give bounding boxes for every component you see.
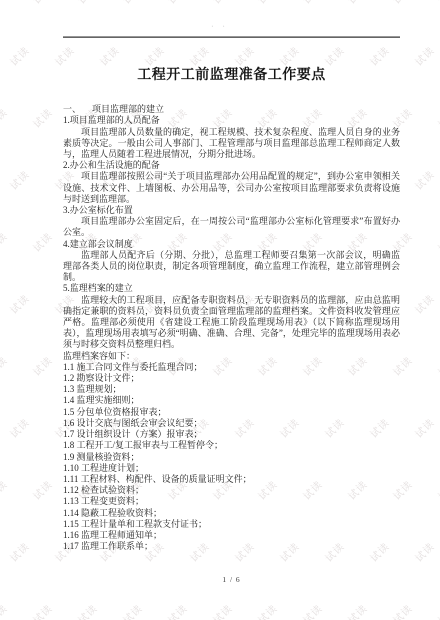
archive-list: 1.1 施工合同文件与委托监理合同； 1.2 勘察设计文件； 1.3 监理规划；…	[63, 362, 400, 552]
watermark-text: 试读	[254, 0, 280, 7]
watermark-text: 试读	[411, 538, 437, 564]
archive-item-1-1: 1.1 施工合同文件与委托监理合同；	[63, 362, 400, 373]
watermark-text: 试读	[6, 166, 32, 192]
watermark-text: 试读	[0, 104, 10, 130]
watermark-text: 试读	[119, 0, 145, 7]
document-content: 工程开工前监理准备工作要点 一、项目监理部的建立 1.项目监理部的人员配备 项目…	[63, 62, 400, 552]
archive-item-1-11: 1.11 工程材料、构配件、设备的质量证明文件；	[63, 474, 400, 485]
watermark-text: 试读	[29, 228, 55, 254]
watermark-text: 试读	[29, 600, 55, 620]
watermark-text: 试读	[434, 228, 440, 254]
archive-item-1-2: 1.2 勘察设计文件；	[63, 373, 400, 384]
document-page: 试读试读试读试读试读试读试读试读试读试读试读试读试读试读试读试读试读试读试读试读…	[0, 0, 440, 620]
archive-item-1-10: 1.10 工程进度计划；	[63, 463, 400, 474]
watermark-text: 试读	[74, 600, 100, 620]
item-1-body: 项目监理部人员数量的确定，视工程规模、技术复杂程度、监理人员自身的业务素质等决定…	[63, 127, 400, 161]
watermark-text: 试读	[6, 42, 32, 68]
header-dots: · ·	[0, 24, 440, 30]
watermark-text: 试读	[411, 42, 437, 68]
section-one-text: 项目监理部的建立	[92, 104, 164, 114]
archive-item-1-6: 1.6 设计交底与图纸会审会议纪要；	[63, 418, 400, 429]
watermark-text: 试读	[74, 0, 100, 7]
archive-item-1-15: 1.15 工程计量单和工程款支付证书；	[63, 519, 400, 530]
watermark-text: 试读	[411, 290, 437, 316]
watermark-text: 试读	[0, 0, 10, 7]
archive-intro: 监理档案容如下：	[63, 351, 400, 362]
watermark-text: 试读	[434, 600, 440, 620]
watermark-text: 试读	[164, 600, 190, 620]
page-number: 1 / 6	[63, 575, 400, 584]
watermark-text: 试读	[254, 600, 280, 620]
archive-item-1-4: 1.4 监理实施细则；	[63, 395, 400, 406]
archive-item-1-12: 1.12 检查试验资料；	[63, 485, 400, 496]
item-2-heading: 2.办公和生活设施的配备	[63, 160, 400, 171]
watermark-text: 试读	[29, 476, 55, 502]
item-3-heading: 3.办公室标化布置	[63, 205, 400, 216]
watermark-text: 试读	[411, 414, 437, 440]
archive-item-1-3: 1.3 监理规划；	[63, 384, 400, 395]
archive-item-1-7: 1.7 设计组织设计（方案）报审表；	[63, 429, 400, 440]
watermark-text: 试读	[411, 166, 437, 192]
watermark-text: 试读	[6, 290, 32, 316]
watermark-text: 试读	[434, 352, 440, 378]
item-2-body: 项目监理部按照公司“关于项目监理部办公用品配置的规定”，到办公室申领相关设施、技…	[63, 171, 400, 205]
watermark-text: 试读	[434, 476, 440, 502]
watermark-text: 试读	[434, 0, 440, 7]
watermark-text: 试读	[389, 600, 415, 620]
archive-item-1-17: 1.17 监理工作联系单；	[63, 541, 400, 552]
watermark-text: 试读	[29, 104, 55, 130]
section-one-label: 一、	[63, 104, 81, 114]
section-one-heading: 一、项目监理部的建立	[63, 104, 400, 115]
watermark-text: 试读	[344, 0, 370, 7]
item-4-heading: 4.建立部会议制度	[63, 239, 400, 250]
item-5-body: 监理较大的工程项目，应配备专职资料员，无专职资料员的监理部，应由总监明确指定兼职…	[63, 295, 400, 351]
item-3-body: 项目监理部办公室固定后，在一周按公司“监理部办公室标化管理要求”布置好办公室。	[63, 216, 400, 238]
watermark-text: 试读	[0, 476, 10, 502]
item-5-heading: 5.监理档案的建立	[63, 283, 400, 294]
archive-item-1-14: 1.14 隐蔽工程验收资料；	[63, 508, 400, 519]
watermark-text: 试读	[389, 0, 415, 7]
watermark-text: 试读	[6, 414, 32, 440]
watermark-text: 试读	[209, 0, 235, 7]
watermark-text: 试读	[0, 352, 10, 378]
watermark-text: 试读	[164, 0, 190, 7]
watermark-text: 试读	[434, 104, 440, 130]
watermark-text: 试读	[119, 600, 145, 620]
archive-item-1-9: 1.9 测量核验资料；	[63, 452, 400, 463]
archive-item-1-8: 1.8 工程开工/复工报审表与工程暂停令；	[63, 440, 400, 451]
watermark-text: 试读	[0, 600, 10, 620]
archive-item-1-5: 1.5 分包单位资格报审表；	[63, 407, 400, 418]
watermark-text: 试读	[6, 538, 32, 564]
item-1-heading: 1.项目监理部的人员配备	[63, 115, 400, 126]
archive-item-1-16: 1.16 监理工程师通知单；	[63, 530, 400, 541]
watermark-text: 试读	[344, 600, 370, 620]
watermark-text: 试读	[209, 600, 235, 620]
watermark-text: 试读	[0, 228, 10, 254]
document-title: 工程开工前监理准备工作要点	[63, 62, 400, 104]
archive-item-1-13: 1.13 工程变更资料；	[63, 496, 400, 507]
watermark-text: 试读	[299, 600, 325, 620]
item-4-body: 监理部人员配齐后（分期、分批），总监理工程师要召集第一次部会议，明确监理部各类人…	[63, 250, 400, 284]
watermark-text: 试读	[29, 0, 55, 7]
header-rule	[63, 36, 400, 38]
watermark-text: 试读	[29, 352, 55, 378]
watermark-text: 试读	[299, 0, 325, 7]
